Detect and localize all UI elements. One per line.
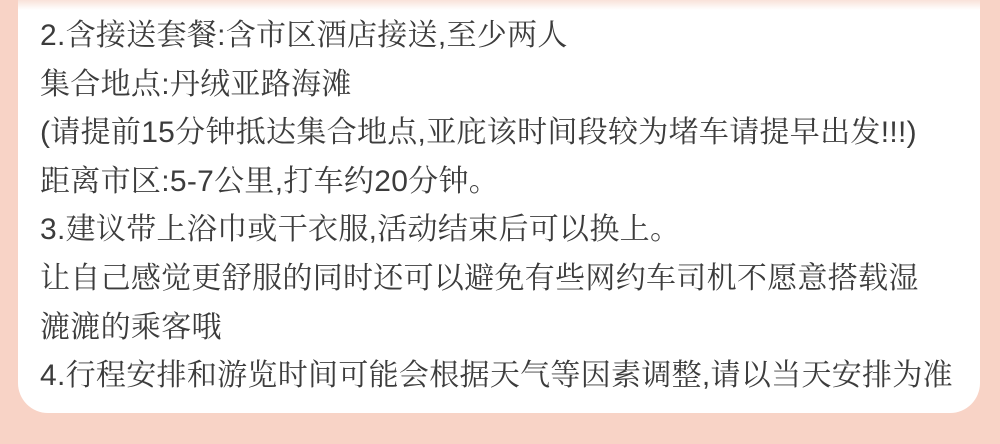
notice-line-arrive-early: (请提前15分钟抵达集合地点,亚庇该时间段较为堵车请提早出发!!!) xyxy=(40,109,970,158)
notice-line-schedule: 4.行程安排和游览时间可能会根据天气等因素调整,请以当天安排为准 xyxy=(40,352,970,401)
page-background: { "theme": { "background_color": "#f8d3c… xyxy=(0,0,1000,444)
notice-line-pickup-package: 2.含接送套餐:含市区酒店接送,至少两人 xyxy=(40,12,970,61)
notice-card: 2.含接送套餐:含市区酒店接送,至少两人 集合地点:丹绒亚路海滩 (请提前15分… xyxy=(18,0,980,413)
travel-notes-text: 2.含接送套餐:含市区酒店接送,至少两人 集合地点:丹绒亚路海滩 (请提前15分… xyxy=(40,12,970,401)
notice-line-distance: 距离市区:5-7公里,打车约20分钟。 xyxy=(40,158,970,207)
notice-line-towel-advice: 3.建议带上浴巾或干衣服,活动结束后可以换上。 xyxy=(40,206,970,255)
notice-line-comfort-2: 漉漉的乘客哦 xyxy=(40,304,970,353)
notice-line-comfort-1: 让自己感觉更舒服的同时还可以避免有些网约车司机不愿意搭载湿 xyxy=(40,255,970,304)
card-top-tint xyxy=(18,0,980,10)
notice-line-meeting-point: 集合地点:丹绒亚路海滩 xyxy=(40,61,970,110)
